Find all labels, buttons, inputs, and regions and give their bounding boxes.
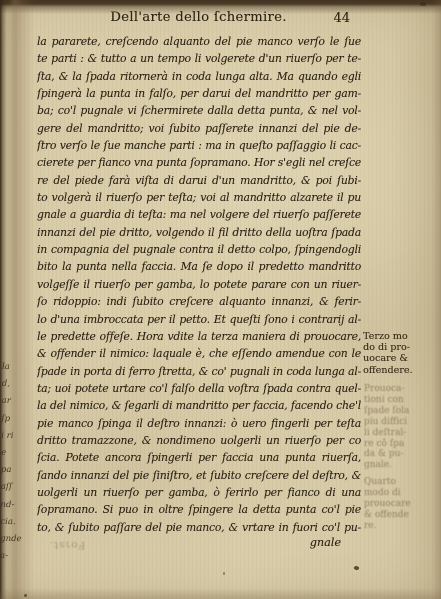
book-page: Dell'arte dello ſchermire. 44 la pararet…	[0, 0, 441, 599]
page-number: 44	[333, 11, 350, 26]
running-header: Dell'arte dello ſchermire. 44	[37, 10, 360, 28]
body-text-line: ſpingerà la punta in falſo, per darui de…	[37, 85, 361, 102]
body-text-line: gnale a guardia di teſta: ma nel volgere…	[37, 206, 361, 223]
bleedthrough-line: tioni con	[364, 395, 414, 406]
margin-note-line: Terzo mo	[363, 331, 415, 342]
bleedthrough-line: re.	[364, 521, 414, 532]
body-text-line: te parti : & tutto a un tempo li volgere…	[37, 50, 361, 67]
facing-page-fragment: aſſ	[1, 479, 17, 496]
bleedthrough-line: da & pu-	[364, 449, 414, 460]
body-text-line: gere del mandritto; voi ſubito paſſerete…	[37, 120, 361, 137]
body-text-line: bito la punta nella faccia. Ma ſe dopo i…	[37, 258, 361, 275]
body-text-line: innanzi del pie dritto, volgendo il fil …	[37, 224, 361, 241]
body-text-line: le predette offeſe. Hora vdite la terza …	[37, 328, 361, 345]
body-text-line: ſcia. Potete ancora ſpingerli per faccia…	[37, 449, 361, 466]
facing-page-fragment: la	[2, 359, 18, 376]
body-text-line: pie manco ſpinga il deſtro innanzi: ò ue…	[37, 415, 361, 432]
body-text-line: ſta, & la ſpada ritornerà in coda lunga …	[37, 68, 361, 85]
margin-note-line: do di pro-	[363, 342, 415, 353]
facing-page-fragment: e pa	[1, 445, 17, 480]
bleedthrough-line: re cõ ſpa	[364, 439, 414, 450]
bleedthrough-line: modo di	[364, 488, 414, 499]
ink-speck	[420, 2, 426, 6]
body-text-line: ſpade in porta di ferro ſtretta, & co' p…	[37, 363, 361, 380]
body-text-line: la del nimico, & ſegarli di mandritto pe…	[37, 397, 361, 414]
margin-note: Terzo modo di pro-uocare &offendere.	[363, 331, 415, 376]
ink-speck	[223, 572, 225, 575]
body-text-line: ſopramano. Si puo in oltre ſpingere la d…	[37, 501, 361, 518]
body-text-line: re del piede farà viſta di darui d'un ma…	[37, 172, 361, 189]
bleedthrough-line: ſpade ſola	[364, 406, 414, 417]
body-text-line: ta; uoi potete urtare co'l falſo della v…	[37, 380, 361, 397]
ink-speck	[24, 594, 27, 597]
bleedthrough-line: prouocare	[364, 499, 414, 510]
body-text-line: la pararete, creſcendo alquanto del pie …	[37, 33, 361, 50]
body-text-line: volgeſſe il riuerſo per gamba, lo potete…	[37, 276, 361, 293]
facing-page-fragment: cia.	[0, 514, 16, 531]
body-text-line: uolgerli un riuerſo per gamba, ò ferirlo…	[37, 484, 361, 501]
facing-page-fragment: i ri	[1, 428, 17, 445]
facing-page-fragment: a-	[0, 548, 16, 565]
facing-page-text-fragments: lad,arſpi rie paaſſnd-cia.gndea-	[0, 359, 18, 566]
running-title: Dell'arte dello ſchermire.	[37, 10, 360, 25]
facing-page-fragment: ar	[2, 393, 18, 410]
bleedthrough-line: gnale.	[364, 460, 414, 471]
bottom-bleedthrough-mark: Foɿst.	[46, 539, 88, 551]
body-text-line: ſando innanzi del pie ſiniſtro, et ſubit…	[37, 467, 361, 484]
bleedthrough-margin-note-lower: Quartomodo diprouocare& offendere.	[364, 477, 414, 532]
bleedthrough-line: Quarto	[364, 477, 414, 488]
bleedthrough-line: & offende	[364, 510, 414, 521]
body-text-line: in compagnia del pugnale contra il detto…	[37, 241, 361, 258]
ink-speck	[353, 565, 359, 571]
bleedthrough-line: Prouoca-	[364, 384, 414, 395]
facing-page-fragment: ſp	[1, 411, 17, 428]
margin-note-line: uocare &	[363, 353, 415, 364]
body-text-line: ſo ridoppio: indi ſubito creſcere alquan…	[37, 293, 361, 310]
body-text-line: cierete per fianco vna punta ſopramano. …	[37, 154, 361, 171]
body-text: la pararete, creſcendo alquanto del pie …	[37, 33, 361, 536]
bleedthrough-line: piu diffici	[364, 417, 414, 428]
bleedthrough-margin-note-upper: Prouoca-tioni conſpade ſolapiu difficili…	[364, 384, 414, 471]
body-text-line: lo d'una imbroccata per il petto. Et que…	[37, 311, 361, 328]
bleedthrough-line: li deſtral-	[364, 428, 414, 439]
body-text-line: & offender il nimico: laquale è, che eſſ…	[37, 345, 361, 362]
margin-note-line: offendere.	[363, 365, 415, 376]
facing-page-fragment: nd-	[0, 497, 16, 514]
body-text-line: ſtro verſo le ſue manche parti : ma in q…	[37, 137, 361, 154]
body-text-line: ba; co'l pugnale vi ſchermirete dalla de…	[37, 102, 361, 119]
body-text-line: to, & ſubito paſſare del pie manco, & vr…	[37, 519, 361, 536]
body-text-line: dritto tramazzone, & nondimeno uolgerli …	[37, 432, 361, 449]
facing-page-fragment: gnde	[0, 531, 16, 548]
page-bottom-edge	[0, 588, 441, 599]
body-text-line: to volgerà il riuerſo per teſta; voi al …	[37, 189, 361, 206]
page-right-edge	[432, 0, 441, 599]
facing-page-fragment: d,	[2, 376, 18, 393]
